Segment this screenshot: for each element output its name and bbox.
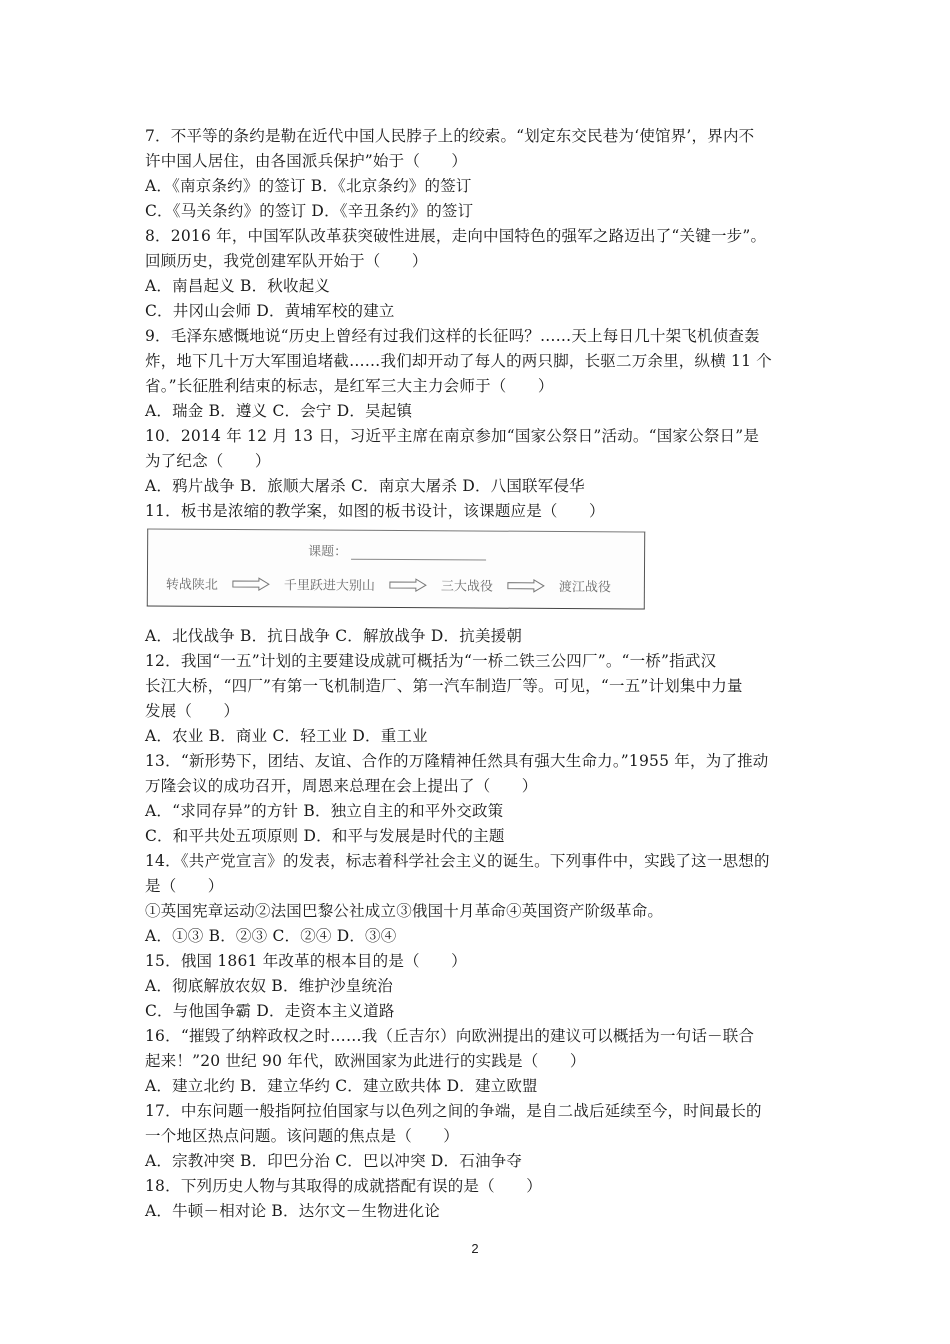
flow-step: 转战陕北: [166, 574, 218, 593]
question-stem: 许中国人居住，由各国派兵保护”始于（ ）: [145, 149, 815, 174]
question-stem: 一个地区热点问题。该问题的焦点是（ ）: [145, 1124, 815, 1149]
topic-label: 课题：: [308, 540, 347, 559]
question-9: 9．毛泽东感慨地说“历史上曾经有过我们这样的长征吗？……天上每日几十架飞机侦查轰…: [145, 324, 815, 424]
question-stem: 发展（ ）: [145, 699, 815, 724]
question-stem: 8．2016 年，中国军队改革获突破性进展，走向中国特色的强军之路迈出了“关键一…: [145, 224, 815, 249]
answer-options: A．北伐战争 B．抗日战争 C．解放战争 D．抗美援朝: [145, 624, 815, 649]
question-15: 15．俄国 1861 年改革的根本目的是（ ） A．彻底解放农奴 B．维护沙皇统…: [145, 949, 815, 1024]
question-stem: 是（ ）: [145, 874, 815, 899]
answer-options: A．“求同存异”的方针 B．独立自主的和平外交政策: [145, 799, 815, 824]
answer-options: A．鸦片战争 B．旅顺大屠杀 C．南京大屠杀 D．八国联军侵华: [145, 474, 815, 499]
answer-options: A．彻底解放农奴 B．维护沙皇统治: [145, 974, 815, 999]
answer-options: C．与他国争霸 D．走资本主义道路: [145, 999, 815, 1024]
answer-options: A．宗教冲突 B．印巴分治 C．巴以冲突 D．石油争夺: [145, 1149, 815, 1174]
question-stem: 18．下列历史人物与其取得的成就搭配有误的是（ ）: [145, 1174, 815, 1199]
question-stem: 9．毛泽东感慨地说“历史上曾经有过我们这样的长征吗？……天上每日几十架飞机侦查轰: [145, 324, 815, 349]
question-stem: 17．中东问题一般指阿拉伯国家与以色列之间的争端，是自二战后延续至今，时间最长的: [145, 1099, 815, 1124]
flow-step: 渡江战役: [559, 576, 611, 595]
question-stem: 起来！”20 世纪 90 年代，欧洲国家为此进行的实践是（ ）: [145, 1049, 815, 1074]
blackboard-figure: 课题： 转战陕北 千里跃进大别山 三大战役 渡江战役: [145, 524, 815, 624]
topic-row: 课题：: [308, 540, 486, 560]
question-stem: 13．“新形势下，团结、友谊、合作的万隆精神任然具有强大生命力。”1955 年，…: [145, 749, 815, 774]
question-stem: 16．“摧毁了纳粹政权之时……我（丘吉尔）向欧洲提出的建议可以概括为一句话－联合: [145, 1024, 815, 1049]
answer-options: A．①③ B．②③ C．②④ D．③④: [145, 924, 815, 949]
question-16: 16．“摧毁了纳粹政权之时……我（丘吉尔）向欧洲提出的建议可以概括为一句话－联合…: [145, 1024, 815, 1099]
topic-blank-line: [351, 547, 486, 561]
question-8: 8．2016 年，中国军队改革获突破性进展，走向中国特色的强军之路迈出了“关键一…: [145, 224, 815, 324]
answer-options: A．瑞金 B．遵义 C．会宁 D．吴起镇: [145, 399, 815, 424]
answer-options: C．井冈山会师 D．黄埔军校的建立: [145, 299, 815, 324]
hollow-right-arrow-icon: [232, 576, 270, 590]
flow-step: 三大战役: [441, 575, 493, 594]
question-18: 18．下列历史人物与其取得的成就搭配有误的是（ ） A．牛顿－相对论 B．达尔文…: [145, 1174, 815, 1224]
exam-page-content: 7．不平等的条约是勒在近代中国人民脖子上的绞索。“划定东交民巷为‘使馆界’，界内…: [145, 124, 815, 1224]
question-7: 7．不平等的条约是勒在近代中国人民脖子上的绞索。“划定东交民巷为‘使馆界’，界内…: [145, 124, 815, 224]
question-stem: 7．不平等的条约是勒在近代中国人民脖子上的绞索。“划定东交民巷为‘使馆界’，界内…: [145, 124, 815, 149]
hollow-right-arrow-icon: [507, 578, 545, 592]
blackboard-outline: 课题： 转战陕北 千里跃进大别山 三大战役 渡江战役: [147, 528, 645, 609]
answer-options: A．南昌起义 B．秋收起义: [145, 274, 815, 299]
question-14: 14．《共产党宣言》的发表，标志着科学社会主义的诞生。下列事件中，实践了这一思想…: [145, 849, 815, 949]
question-stem: 回顾历史，我党创建军队开始于（ ）: [145, 249, 815, 274]
hollow-right-arrow-icon: [389, 577, 427, 591]
question-11: 11．板书是浓缩的教学案，如图的板书设计，该课题应是（ ） 课题： 转战陕北 千…: [145, 499, 815, 649]
answer-options: A．《南京条约》的签订 B．《北京条约》的签订: [145, 174, 815, 199]
page-number: 2: [0, 1241, 950, 1256]
flow-steps: 转战陕北 千里跃进大别山 三大战役 渡江战役: [166, 574, 611, 596]
question-stem: 11．板书是浓缩的教学案，如图的板书设计，该课题应是（ ）: [145, 499, 815, 524]
question-10: 10．2014 年 12 月 13 日，习近平主席在南京参加“国家公祭日”活动。…: [145, 424, 815, 499]
question-stem: 14．《共产党宣言》的发表，标志着科学社会主义的诞生。下列事件中，实践了这一思想…: [145, 849, 815, 874]
answer-options: A．牛顿－相对论 B．达尔文－生物进化论: [145, 1199, 815, 1224]
question-stem: 万隆会议的成功召开，周恩来总理在会上提出了（ ）: [145, 774, 815, 799]
question-stem: 10．2014 年 12 月 13 日，习近平主席在南京参加“国家公祭日”活动。…: [145, 424, 815, 449]
question-stem: 15．俄国 1861 年改革的根本目的是（ ）: [145, 949, 815, 974]
flow-step: 千里跃进大别山: [284, 574, 375, 594]
question-stem: 炸，地下几十万大军围追堵截……我们却开动了每人的两只脚，长驱二万余里，纵横 11…: [145, 349, 815, 374]
answer-options: A．建立北约 B．建立华约 C．建立欧共体 D．建立欧盟: [145, 1074, 815, 1099]
question-items: ①英国宪章运动②法国巴黎公社成立③俄国十月革命④英国资产阶级革命。: [145, 899, 815, 924]
answer-options: A．农业 B．商业 C．轻工业 D．重工业: [145, 724, 815, 749]
question-12: 12．我国“一五”计划的主要建设成就可概括为“一桥二铁三公四厂”。“一桥”指武汉…: [145, 649, 815, 749]
question-stem: 省。”长征胜利结束的标志，是红军三大主力会师于（ ）: [145, 374, 815, 399]
question-13: 13．“新形势下，团结、友谊、合作的万隆精神任然具有强大生命力。”1955 年，…: [145, 749, 815, 849]
question-stem: 12．我国“一五”计划的主要建设成就可概括为“一桥二铁三公四厂”。“一桥”指武汉: [145, 649, 815, 674]
answer-options: C．和平共处五项原则 D．和平与发展是时代的主题: [145, 824, 815, 849]
answer-options: C．《马关条约》的签订 D．《辛丑条约》的签订: [145, 199, 815, 224]
question-17: 17．中东问题一般指阿拉伯国家与以色列之间的争端，是自二战后延续至今，时间最长的…: [145, 1099, 815, 1174]
question-stem: 长江大桥，“四厂”有第一飞机制造厂、第一汽车制造厂等。可见，“一五”计划集中力量: [145, 674, 815, 699]
question-stem: 为了纪念（ ）: [145, 449, 815, 474]
